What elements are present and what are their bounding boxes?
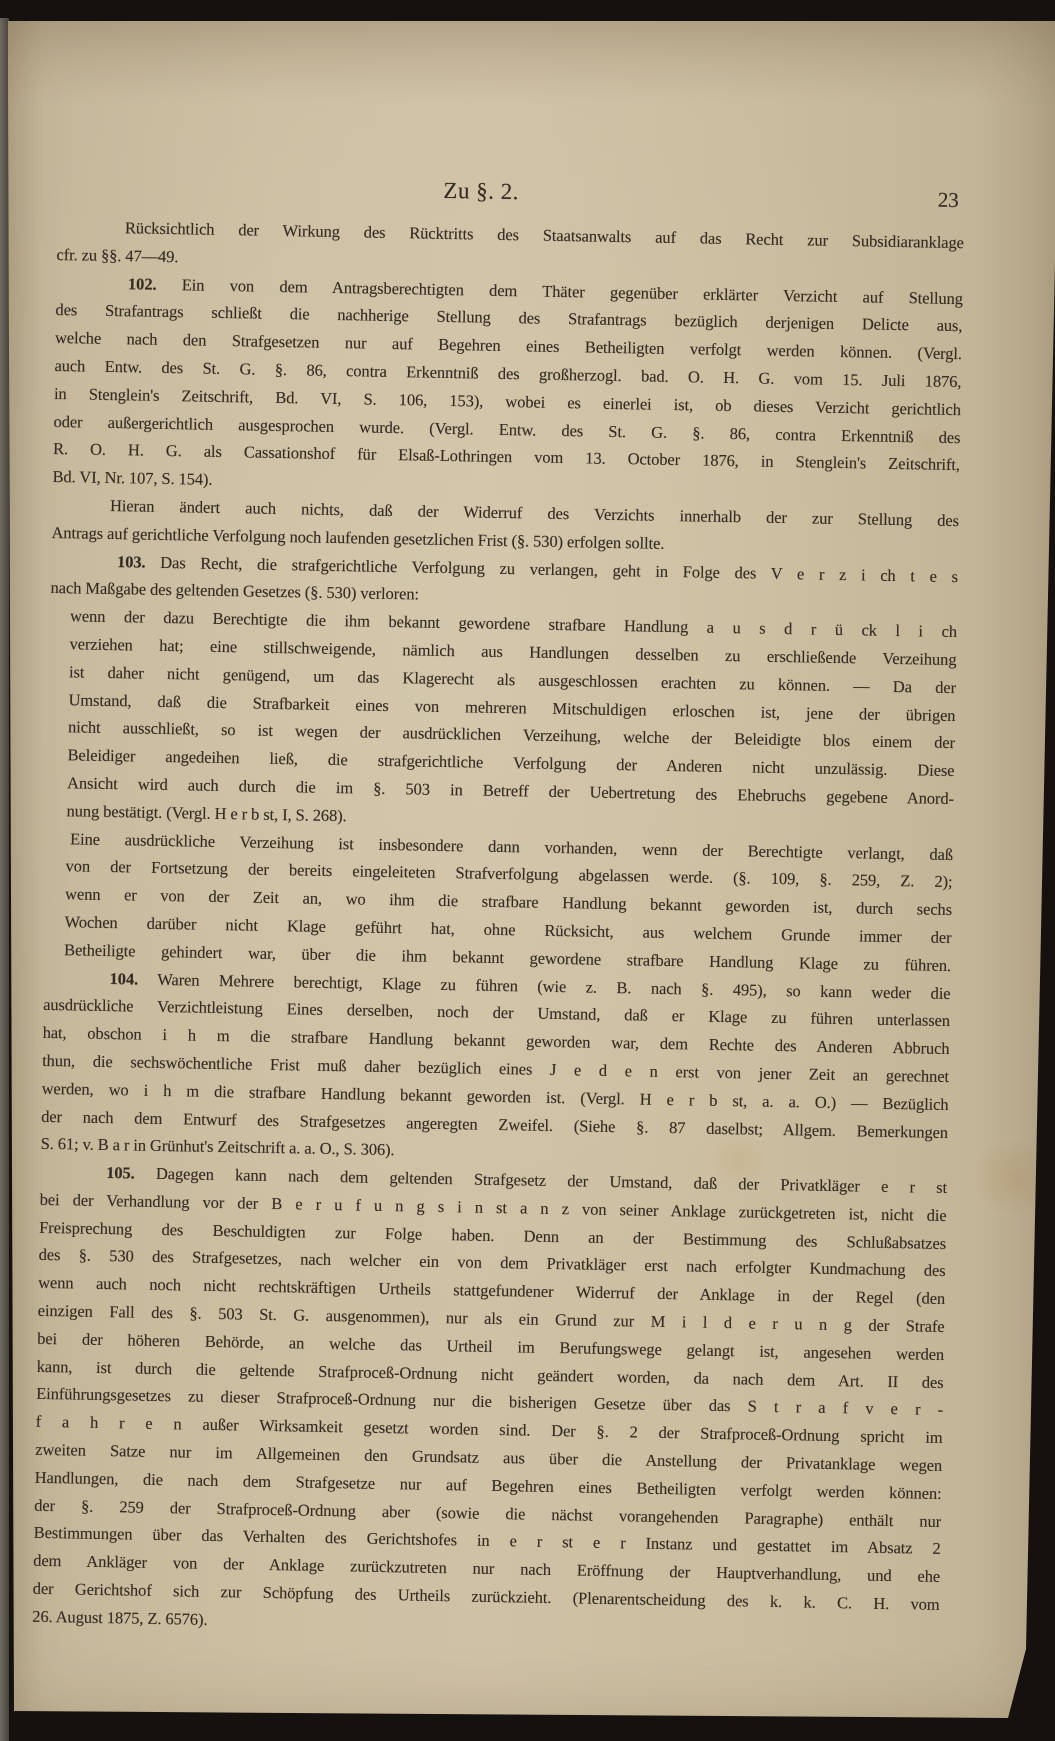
paragraph-number: 105. <box>106 1163 135 1183</box>
paragraph: a)wenn der dazu Berechtigte die ihm beka… <box>45 602 957 896</box>
text-body: Rücksichtlich der Wirkung des Rücktritts… <box>32 213 964 1647</box>
page-number: 23 <box>938 188 959 213</box>
paragraph: 105. Dagegen kann nach dem geltenden Str… <box>32 1158 947 1647</box>
section-heading: Zu §. 2. <box>58 171 965 213</box>
paragraph-number: 102. <box>128 274 157 294</box>
paragraph: 102. Ein von dem Antragsberechtigten dem… <box>52 269 963 507</box>
paragraph-number: 103. <box>117 552 146 572</box>
paragraph-number: 104. <box>109 969 138 989</box>
paragraph: b)wenn er von der Zeit an, wo ihm die st… <box>44 880 952 980</box>
book-page: Zu §. 2. 23 Rücksichtlich der Wirkung de… <box>0 21 1055 1721</box>
scanner-left-edge <box>0 18 9 1741</box>
paragraph: 104. Waren Mehrere berechtigt, Klage zu … <box>40 963 950 1174</box>
page-content: Zu §. 2. 23 Rücksichtlich der Wirkung de… <box>32 171 965 1647</box>
